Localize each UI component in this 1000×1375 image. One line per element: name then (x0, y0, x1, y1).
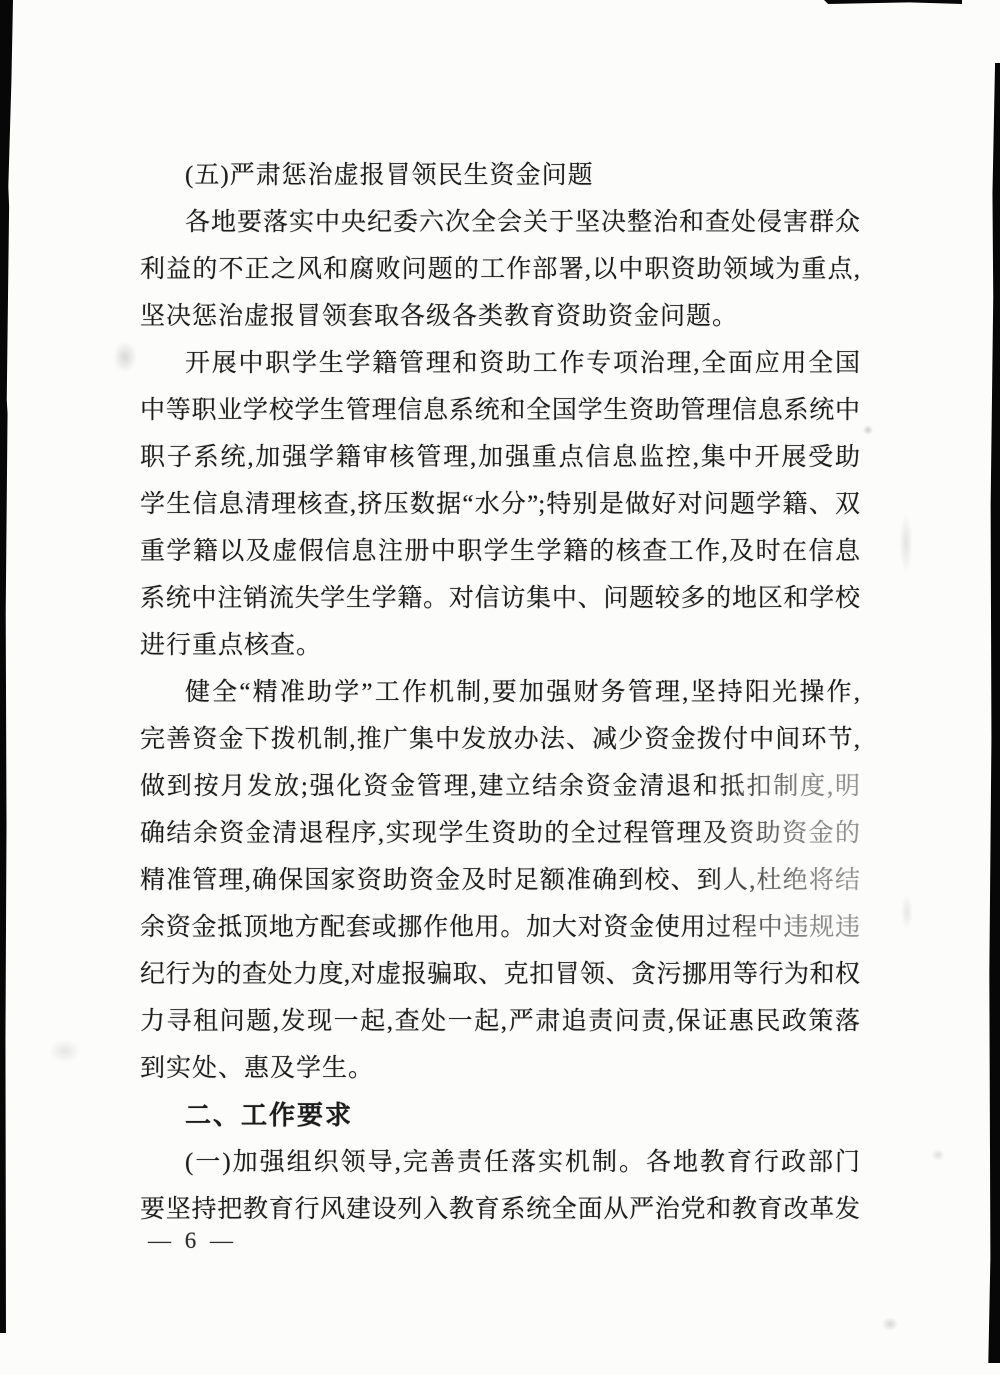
text-line: 做到按月发放;强化资金管理,建立结余资金清退和抵扣制度,明 (140, 763, 860, 810)
text-line: 确结余资金清退程序,实现学生资助的全过程管理及资助资金的 (140, 810, 860, 857)
text-line: 进行重点核查。 (140, 622, 860, 669)
text-line: 到实处、惠及学生。 (140, 1045, 860, 1092)
text-line: 利益的不正之风和腐败问题的工作部署,以中职资助领域为重点, (140, 246, 860, 293)
scan-edge-right-artifact (987, 63, 1000, 1363)
text-line: (一)加强组织领导,完善责任落实机制。各地教育行政部门 (140, 1139, 860, 1186)
scan-edge-top-artifact (824, 0, 962, 4)
page-number: — 6 — (148, 1228, 237, 1254)
text-line: 各地要落实中央纪委六次全会关于坚决整治和查处侵害群众 (140, 199, 860, 246)
scan-smudge (900, 892, 914, 932)
scan-smudge (48, 1038, 82, 1064)
text-line: 力寻租问题,发现一起,查处一起,严肃追责问责,保证惠民政策落 (140, 998, 860, 1045)
text-line: 健全“精准助学”工作机制,要加强财务管理,坚持阳光操作, (140, 669, 860, 716)
scanned-document-page: (五)严肃惩治虚报冒领民生资金问题各地要落实中央纪委六次全会关于坚决整治和查处侵… (0, 0, 1000, 1375)
text-line: 坚决惩治虚报冒领套取各级各类教育资助资金问题。 (140, 293, 860, 340)
text-line: 完善资金下拨机制,推广集中发放办法、减少资金拨付中间环节, (140, 716, 860, 763)
text-line: 开展中职学生学籍管理和资助工作专项治理,全面应用全国 (140, 340, 860, 387)
scan-smudge (930, 1148, 946, 1162)
text-line: 余资金抵顶地方配套或挪作他用。加大对资金使用过程中违规违 (140, 904, 860, 951)
text-line: 职子系统,加强学籍审核管理,加强重点信息监控,集中开展受助 (140, 434, 860, 481)
text-line: (五)严肃惩治虚报冒领民生资金问题 (140, 152, 860, 199)
scan-smudge (898, 508, 914, 578)
text-line: 系统中注销流失学生学籍。对信访集中、问题较多的地区和学校 (140, 575, 860, 622)
text-line: 精准管理,确保国家资助资金及时足额准确到校、到人,杜绝将结 (140, 857, 860, 904)
section-heading: 二、工作要求 (140, 1092, 860, 1139)
text-line: 学生信息清理核查,挤压数据“水分”;特别是做好对问题学籍、双 (140, 481, 860, 528)
scan-smudge (880, 1316, 900, 1332)
text-line: 要坚持把教育行风建设列入教育系统全面从严治党和教育改革发 (140, 1186, 860, 1233)
text-line: 重学籍以及虚假信息注册中职学生学籍的核查工作,及时在信息 (140, 528, 860, 575)
text-line: 中等职业学校学生管理信息系统和全国学生资助管理信息系统中 (140, 387, 860, 434)
text-line: 纪行为的查处力度,对虚报骗取、克扣冒领、贪污挪用等行为和权 (140, 951, 860, 998)
scan-smudge (112, 340, 138, 374)
document-text: (五)严肃惩治虚报冒领民生资金问题各地要落实中央纪委六次全会关于坚决整治和查处侵… (140, 152, 860, 1233)
scan-smudge (862, 424, 874, 436)
scan-edge-left-artifact (0, 0, 13, 1333)
